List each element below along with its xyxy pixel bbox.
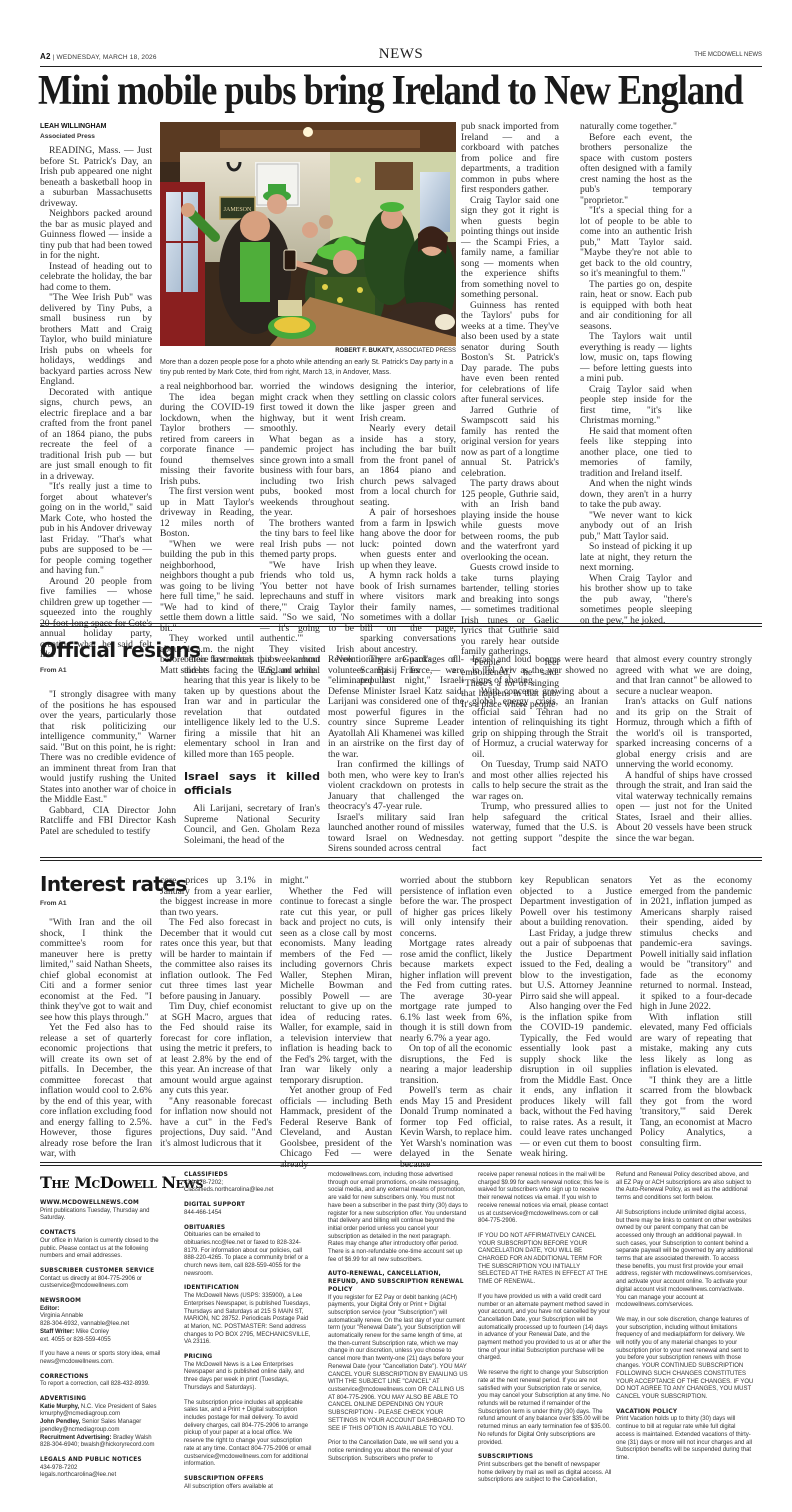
cancellation-notice-text: Prior to the Cancellation Date, we will …: [328, 1440, 468, 1463]
ad-contact-email: kmurphy@ncmediagroup.com: [40, 1411, 168, 1419]
cancellation-warning-text: IF YOU DO NOT AFFIRMATIVELY CANCEL YOUR …: [478, 1233, 612, 1287]
paragraph: Ali Larijani, secretary of Iran's Suprem…: [184, 804, 320, 846]
paragraph: Trump, who pressured allies to help safe…: [472, 802, 608, 855]
paragraph: "We never want to kick anybody out of an…: [580, 511, 692, 543]
paragraph: Nearly every detail inside has a story, …: [360, 424, 456, 508]
main-story-column-6: naturally come together." Before each ev…: [580, 122, 692, 626]
subscriber-service-heading: SUBSCRIBER CUSTOMER SERVICE: [40, 1268, 168, 1276]
paragraph: The Fed also forecast in December that i…: [160, 918, 272, 1002]
classifieds-text: 434-978-7202; Classifieds.northcarolina@…: [184, 1180, 312, 1195]
pricing-text: The McDowell News is a Lee Enterprises N…: [184, 1362, 312, 1393]
section-title-official-resigns: Official resigns: [40, 638, 200, 662]
subscription-offers-text: All subscription offers available at: [184, 1484, 312, 1492]
ad-contact-name: Bradley Walsh: [113, 1435, 151, 1441]
contacts-text: Our office in Marion is currently closed…: [40, 1238, 168, 1261]
interest-rates-column-4: worried about the stubborn persistence o…: [400, 876, 512, 1170]
info-column-5: Refund and Renewal Policy described abov…: [616, 1172, 754, 1463]
paragraph: On top of all the economic disruptions, …: [400, 1044, 512, 1086]
paper-name: THE MCDOWELL NEWS: [694, 52, 762, 58]
paragraph: "We have Irish friends who told us, 'You…: [260, 561, 354, 645]
paragraph: When Craig Taylor and his brother show u…: [580, 574, 692, 627]
print-days: Print publications Tuesday, Thursday and…: [40, 1208, 168, 1223]
corrections-heading: CORRECTIONS: [40, 1374, 168, 1382]
info-column-4: receive paper renewal notices in the mai…: [478, 1172, 612, 1485]
paragraph: Israel's military said Iran launched ano…: [328, 813, 464, 855]
paragraph: Instead of heading out to celebrate the …: [40, 262, 152, 294]
official-resigns-column-5: that almost every country strongly agree…: [616, 655, 752, 844]
main-story-column-5: pub snack imported from Ireland — and a …: [461, 122, 559, 710]
paragraph: Yet the Fed also has to release a set of…: [40, 1023, 152, 1160]
legals-email: legals.northcarolina@lee.net: [40, 1472, 168, 1480]
paragraph: Tim Duy, chief economist at SGH Macro, a…: [160, 1002, 272, 1097]
ad-contact-role: Senior Sales Manager: [82, 1419, 141, 1425]
pricing-heading: PRICING: [184, 1354, 312, 1362]
paragraph: Guests crowd inside to take turns playin…: [461, 563, 559, 658]
editor-entry: Editor: Virginia Annable 828-304-6932, v…: [40, 1306, 168, 1345]
main-story-column-4: designing the interior, settling on clas…: [360, 382, 456, 687]
paragraph: The brothers wanted the tiny bars to fee…: [260, 519, 354, 561]
refund-policy-text: We reserve the right to change your Subs…: [478, 1370, 612, 1447]
staff-label: Staff Writer:: [40, 1329, 74, 1335]
jump-from: From A1: [40, 900, 67, 907]
vacation-policy-heading: VACATION POLICY: [616, 1409, 754, 1417]
paragraph: "Any reasonable forecast for inflation n…: [160, 1097, 272, 1150]
obituaries-heading: OBITUARIES: [184, 1225, 312, 1233]
ad-contact-role: N.C. Vice President of Sales: [81, 1404, 157, 1410]
paragraph: "With Iran and the oil shock, I think th…: [40, 918, 152, 1023]
paragraph: A handful of ships have crossed through …: [616, 771, 752, 845]
paragraph: core prices up 3.1% in January from a ye…: [160, 876, 272, 918]
paragraph: Last Friday, a judge threw out a pair of…: [520, 929, 632, 1003]
interest-rates-column-3: might." Whether the Fed will continue to…: [280, 876, 392, 1170]
paragraph: "It's a special thing for a lot of peopl…: [580, 206, 692, 280]
section-divider: [40, 857, 762, 861]
digital-access-text: All Subscriptions include unlimited digi…: [616, 1210, 754, 1310]
contacts-heading: CONTACTS: [40, 1230, 168, 1238]
paragraph: On Tuesday, Trump said NATO and most oth…: [472, 760, 608, 802]
ad-contact-label: Recruitment Advertising:: [40, 1435, 111, 1441]
staff-contact: ext. 4055 or 828-559-4055: [40, 1337, 168, 1345]
legals-phone: 434-978-7202: [40, 1465, 168, 1473]
paragraph: The Taylors wait until everything is rea…: [580, 332, 692, 385]
paragraph: "I think they are a little scarred from …: [640, 1076, 752, 1150]
ad-contact-email: 828-304-6940; bwalsh@hickoryrecord.com: [40, 1442, 168, 1450]
identification-text: The McDowell News (USPS: 335900), a Lee …: [184, 1293, 312, 1347]
staff-name: Mike Conley: [76, 1329, 109, 1335]
editor-label: Editor:: [40, 1306, 59, 1312]
paragraph: Gabbard, CIA Director John Ratcliffe and…: [40, 806, 176, 838]
policy-terms-text: Refund and Renewal Policy described abov…: [616, 1172, 754, 1203]
paragraph: key Republican senators objected to a Ju…: [520, 876, 632, 929]
paragraph: naturally come together.": [580, 122, 692, 133]
subheadline: Israel says it killed officials: [184, 770, 320, 798]
paragraph: Craig Taylor said one sign they got it r…: [461, 196, 559, 301]
paragraph: Powell's term as chair ends May 15 and P…: [400, 1086, 512, 1170]
paragraph: Jarred Guthrie of Swampscott said his fa…: [461, 406, 559, 480]
paragraph: worried the windows might crack when the…: [260, 382, 354, 435]
paragraph: A pair of horseshoes from a farm in Ipsw…: [360, 508, 456, 571]
main-story-column-3: worried the windows might crack when the…: [260, 382, 354, 676]
paragraph: Israel and loud booms were heard in Tel …: [472, 655, 608, 687]
subscriptions-text: Print subscribers get the benefit of new…: [478, 1462, 612, 1485]
paragraph: The parties go on, despite rain, heat or…: [580, 280, 692, 333]
paragraph: Yet another group of Fed officials — inc…: [280, 1086, 392, 1170]
newsroom-heading: NEWSROOM: [40, 1298, 168, 1306]
story-idea-text: If you have a news or sports story idea,…: [40, 1351, 168, 1366]
paragraph: Decorated with antique signs, church pew…: [40, 388, 152, 483]
paragraph: Revolutionary Guard's all-volunteer Basi…: [328, 655, 464, 760]
paragraph: "The Wee Irish Pub" was delivered by Tin…: [40, 293, 152, 388]
paragraph: "When we were building the pub in this n…: [160, 540, 254, 635]
pub-party-photo-icon: JAMESON: [160, 122, 456, 346]
auto-renewal-text: If you register for EZ Pay or debit bank…: [328, 1295, 468, 1434]
ad-contact-email: jpendley@ncmediagroup.com: [40, 1427, 168, 1435]
info-column-3: mcdowellnews.com, including those advert…: [328, 1172, 468, 1463]
main-story-column-2: a real neighborhood bar. The idea began …: [160, 382, 254, 676]
official-resigns-column-3: Revolutionary Guard's all-volunteer Basi…: [328, 655, 464, 855]
ad-contact-name: Katie Murphy,: [40, 1404, 79, 1410]
digital-support-heading: DIGITAL SUPPORT: [184, 1202, 312, 1210]
paragraph: The party draws about 125 people, Guthri…: [461, 479, 559, 563]
paragraph: Yet as the economy emerged from the pand…: [640, 876, 752, 1013]
interest-rates-column-1: "With Iran and the oil shock, I think th…: [40, 918, 152, 1160]
advertising-heading: ADVERTISING: [40, 1396, 168, 1404]
obituaries-text: Obituaries can be emailed to obituaries.…: [184, 1232, 312, 1278]
paragraph: READING, Mass. — Just before St. Patrick…: [40, 146, 152, 209]
official-resigns-column-1: "I strongly disagree with many of the po…: [40, 690, 176, 837]
paragraph: might.": [280, 876, 392, 887]
section-name: NEWS: [40, 46, 762, 63]
legals-heading: LEGALS AND PUBLIC NOTICES: [40, 1457, 168, 1465]
website-link[interactable]: WWW.MCDOWELLNEWS.COM: [40, 1200, 168, 1208]
photographer: ROBERT F. BUKATY,: [335, 348, 394, 354]
pricing-text: The subscription price includes all appl…: [184, 1400, 312, 1469]
paragraph: a real neighborhood bar.: [160, 382, 254, 393]
main-headline: Mini mobile pubs bring Ireland to New En…: [38, 66, 673, 116]
identification-heading: IDENTIFICATION: [184, 1285, 312, 1293]
official-resigns-column-2: before lawmakers this week about threats…: [184, 655, 320, 846]
renewal-notice-text: receive paper renewal notices in the mai…: [478, 1172, 612, 1226]
info-column-2: CLASSIFIEDS 434-978-7202; Classifieds.no…: [184, 1172, 312, 1491]
interest-rates-column-5: key Republican senators objected to a Ju…: [520, 876, 632, 1160]
paragraph: Neighbors packed around the bar as music…: [40, 209, 152, 262]
paragraph: Whether the Fed will continue to forecas…: [280, 887, 392, 1087]
paragraph: Before each event, the brothers personal…: [580, 133, 692, 207]
payment-processing-text: If you have provided us with a valid cre…: [478, 1294, 612, 1363]
paragraph: With concerns growing about a global ene…: [472, 687, 608, 761]
section-divider: [40, 1162, 762, 1166]
photo-agency: ASSOCIATED PRESS: [396, 348, 456, 354]
paragraph: pub snack imported from Ireland — and a …: [461, 122, 559, 196]
offers-terms-text: mcdowellnews.com, including those advert…: [328, 1172, 468, 1264]
official-resigns-column-4: Israel and loud booms were heard in Tel …: [472, 655, 608, 855]
paragraph: Iran's attacks on Gulf nations and its g…: [616, 697, 752, 771]
paragraph: Mortgage rates already rose amid the con…: [400, 939, 512, 1044]
paragraph: He said that moment often feels like ste…: [580, 427, 692, 480]
classifieds-heading: CLASSIFIEDS: [184, 1172, 312, 1180]
subscriber-service-text: Contact us directly at 804-775-2906 or c…: [40, 1276, 168, 1291]
paragraph: What began as a pandemic project has sin…: [260, 435, 354, 519]
page-header: A2 | WEDNESDAY, MARCH 18, 2026 NEWS THE …: [40, 46, 762, 66]
paragraph: before lawmakers this week about threats…: [184, 655, 320, 760]
interest-rates-column-6: Yet as the economy emerged from the pand…: [640, 876, 752, 1149]
auto-renewal-heading: AUTO-RENEWAL, CANCELLATION, REFUND, AND …: [328, 1271, 468, 1294]
editor-contact: 828-304-6932, vannable@lee.net: [40, 1321, 168, 1329]
interest-rates-column-2: core prices up 3.1% in January from a ye…: [160, 876, 272, 1149]
photo-credit: ROBERT F. BUKATY, ASSOCIATED PRESS: [160, 348, 456, 354]
main-story-column-1: READING, Mass. — Just before St. Patrick…: [40, 146, 152, 661]
photo-caption: More than a dozen people pose for a phot…: [160, 358, 460, 378]
paragraph: "I strongly disagree with many of the po…: [40, 690, 176, 806]
paragraph: With inflation still elevated, many Fed …: [640, 1013, 752, 1076]
paragraph: designing the interior, settling on clas…: [360, 382, 456, 424]
paragraph: Iran confirmed the killings of both men,…: [328, 760, 464, 813]
feature-changes-text: We may, in our sole discretion, change f…: [616, 1317, 754, 1402]
paragraph: A hymn rack holds a book of Irish surnam…: [360, 571, 456, 655]
paragraph: Craig Taylor said when people step insid…: [580, 385, 692, 427]
paragraph: The idea began during the COVID-19 lockd…: [160, 393, 254, 488]
paragraph: that almost every country strongly agree…: [616, 655, 752, 697]
paragraph: Also hanging over the Fed is the inflati…: [520, 1002, 632, 1160]
digital-support-text: 844-466-1454: [184, 1210, 312, 1218]
editor-name: Virginia Annable: [40, 1313, 168, 1321]
paragraph: So instead of picking it up late at nigh…: [580, 542, 692, 574]
jump-from: From A1: [40, 667, 67, 674]
paragraph: "It's really just a time to forget about…: [40, 482, 152, 577]
byline: LEAH WILLINGHAM Associated Press: [40, 122, 152, 142]
vacation-policy-text: Print Vacation holds up to thirty (30) d…: [616, 1416, 754, 1462]
paragraph: The first version went up in Matt Taylor…: [160, 487, 254, 540]
story-photo: JAMESON: [160, 122, 456, 346]
paragraph: Guinness has rented the Taylors' pubs fo…: [461, 301, 559, 406]
section-divider: [40, 623, 762, 627]
subscription-offers-heading: SUBSCRIPTION OFFERS: [184, 1476, 312, 1484]
corrections-text: To report a correction, call 828-432-893…: [40, 1381, 168, 1389]
masthead-info: WWW.MCDOWELLNEWS.COM Print publications …: [40, 1200, 168, 1480]
byline-org: Associated Press: [40, 132, 152, 142]
subscriptions-heading: SUBSCRIPTIONS: [478, 1454, 612, 1462]
byline-name: LEAH WILLINGHAM: [40, 122, 152, 132]
ad-contact-name: John Pendley,: [40, 1419, 80, 1425]
paragraph: And when the night winds down, they aren…: [580, 479, 692, 511]
paper-logo: The McDowell News: [40, 1173, 203, 1192]
paragraph: worried about the stubborn persistence o…: [400, 876, 512, 939]
svg-text:JAMESON: JAMESON: [224, 207, 252, 213]
advertising-contacts: Katie Murphy, N.C. Vice President of Sal…: [40, 1404, 168, 1450]
